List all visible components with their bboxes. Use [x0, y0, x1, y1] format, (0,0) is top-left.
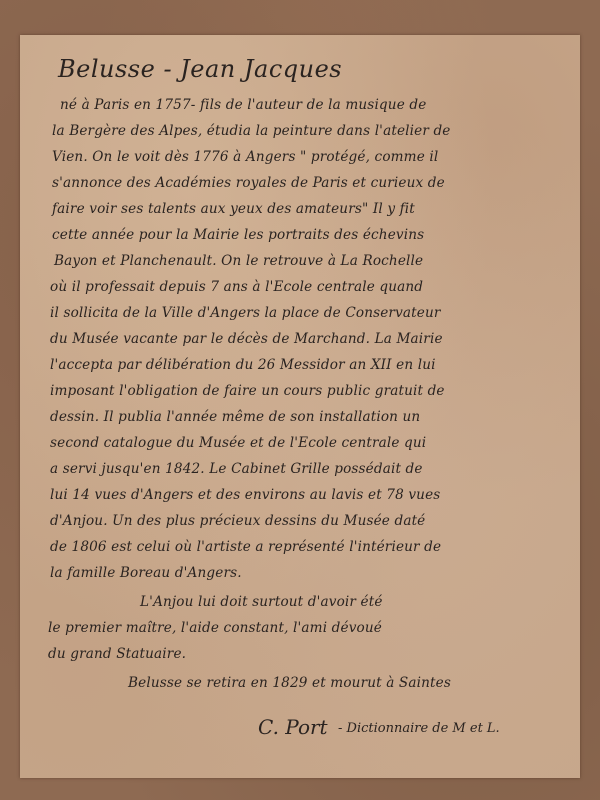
text-line: la Bergère des Alpes, étudia la peinture… [52, 123, 451, 139]
text-line: dessin. Il publia l'année même de son in… [50, 409, 420, 425]
text-line: faire voir ses talents aux yeux des amat… [52, 201, 415, 217]
text-line: de 1806 est celui où l'artiste a représe… [50, 539, 441, 555]
document-title: Belusse - Jean Jacques [58, 55, 342, 83]
text-line: s'annonce des Académies royales de Paris… [52, 175, 445, 191]
signature-source: - Dictionnaire de M et L. [338, 721, 500, 736]
text-line: second catalogue du Musée et de l'Ecole … [50, 435, 426, 451]
text-line: le premier maître, l'aide constant, l'am… [48, 620, 382, 636]
text-line: du grand Statuaire. [48, 646, 186, 662]
text-line: imposant l'obligation de faire un cours … [50, 383, 445, 399]
text-line: d'Anjou. Un des plus précieux dessins du… [50, 513, 425, 529]
text-line: Bayon et Planchenault. On le retrouve à … [54, 253, 423, 269]
text-line: a servi jusqu'en 1842. Le Cabinet Grille… [50, 461, 423, 477]
text-line: il sollicita de la Ville d'Angers la pla… [50, 305, 441, 321]
text-line: L'Anjou lui doit surtout d'avoir été [140, 594, 383, 610]
text-line: Vien. On le voit dès 1776 à Angers " pro… [52, 149, 438, 165]
text-line: du Musée vacante par le décès de Marchan… [50, 331, 443, 347]
text-line: la famille Boreau d'Angers. [50, 565, 242, 581]
handwritten-document-page: Belusse - Jean Jacques né à Paris en 175… [20, 35, 580, 778]
text-line: Belusse se retira en 1829 et mourut à Sa… [128, 675, 451, 691]
text-line: l'accepta par délibération du 26 Messido… [50, 357, 436, 373]
text-line: cette année pour la Mairie les portraits… [52, 227, 424, 243]
text-line: né à Paris en 1757- fils de l'auteur de … [60, 97, 426, 113]
text-line: lui 14 vues d'Angers et des environs au … [50, 487, 440, 503]
text-line: où il professait depuis 7 ans à l'Ecole … [50, 279, 423, 295]
signature-author: C. Port [258, 715, 328, 739]
